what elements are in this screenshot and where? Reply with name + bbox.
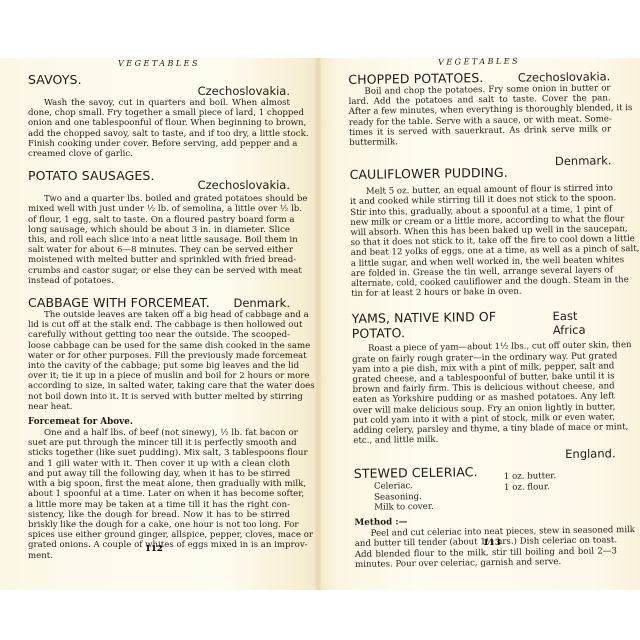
body-line: according to size, in salted water, taki… bbox=[28, 381, 290, 391]
recipe-origin: East Africa bbox=[553, 309, 614, 338]
body-line: about 1 spoonful at a time. Later on whe… bbox=[28, 489, 290, 499]
recipe-body: Two and a quarter lbs. boiled and grated… bbox=[28, 194, 290, 286]
body-line: Finish cooking under cover. Before servi… bbox=[28, 139, 290, 149]
running-head: VEGETABLES bbox=[348, 54, 610, 70]
body-line: salt water for about 6—8 minutes. They c… bbox=[28, 245, 290, 255]
body-line: One and a half lbs. of beef (not sinewy)… bbox=[28, 428, 290, 438]
ingredient-column: Celeriac. Seasoning. Milk to cover. bbox=[354, 480, 504, 513]
body-line: suet are put through the mincer till it … bbox=[28, 438, 290, 448]
page-number: 113 bbox=[483, 538, 501, 548]
recipe-origin: Denmark. bbox=[555, 154, 612, 169]
open-book: VEGETABLES SAVOYS. Czechoslovakia. Wash … bbox=[0, 58, 640, 590]
left-page: VEGETABLES SAVOYS. Czechoslovakia. Wash … bbox=[0, 58, 318, 590]
body-line: The outside leaves are taken off a big h… bbox=[28, 310, 290, 320]
page-number: 112 bbox=[145, 544, 163, 554]
ingredient: 1 oz. flour. bbox=[504, 482, 556, 493]
body-line: onion and one tablespoonful of flour. Wh… bbox=[28, 118, 290, 128]
body-line: crumbs and castor sugar, or else they ca… bbox=[28, 266, 290, 276]
body-line: and put away till the following day, whe… bbox=[28, 469, 290, 479]
body-line: done, chop small. Fry together a small p… bbox=[28, 108, 290, 118]
recipe-title: CABBAGE WITH FORCEMEAT. bbox=[28, 295, 210, 310]
body-line: near heat. bbox=[28, 402, 290, 412]
recipe-heading: England. STEWED CELERIAC. bbox=[353, 447, 615, 481]
running-head: VEGETABLES bbox=[28, 58, 290, 70]
body-line: loose cabbage can be used for the same d… bbox=[28, 341, 290, 351]
body-line: sistency, like the dough for bread. Now … bbox=[28, 510, 290, 520]
body-line: long sausage, which should be about 3 in… bbox=[28, 225, 290, 235]
body-line: water or for other purposes. Fill the pr… bbox=[28, 351, 290, 361]
body-line: into the cavity of the cabbage; put some… bbox=[28, 361, 290, 371]
recipe-title: SAVOYS. bbox=[28, 72, 82, 87]
body-line: sticks together (like suet pudding). Mix… bbox=[28, 448, 290, 458]
body-line: over it; tie it up in a piece of muslin … bbox=[28, 371, 290, 381]
recipe-heading: CABBAGE WITH FORCEMEAT. Denmark. bbox=[28, 295, 290, 310]
recipe-heading: POTATO SAUSAGES. Czechoslovakia. bbox=[28, 168, 290, 194]
left-page-content: VEGETABLES SAVOYS. Czechoslovakia. Wash … bbox=[28, 58, 290, 561]
body-line: add the chopped savoy, salt to taste, an… bbox=[28, 129, 290, 139]
body-line: and 1 gill water with it. Then cover it … bbox=[28, 459, 290, 469]
book-gutter bbox=[314, 58, 322, 590]
recipe-origin: Czechoslovakia. bbox=[198, 84, 290, 98]
body-line: moistened with melted butter and sprinkl… bbox=[28, 255, 290, 265]
subsection-body: One and a half lbs. of beef (not sinewy)… bbox=[28, 428, 290, 561]
body-line: Wash the savoy, cut in quarters and boil… bbox=[28, 98, 290, 108]
body-line: lid is cut off at the stalk end. The cab… bbox=[28, 320, 290, 330]
recipe-heading: YAMS, NATIVE KIND OF POTATO. East Africa bbox=[352, 308, 614, 342]
recipe-heading: Denmark. CAULIFLOWER PUDDING. bbox=[349, 154, 611, 186]
body-line: of flour, 1 egg, salt to taste. On a flo… bbox=[28, 215, 290, 225]
body-line: mixed well with just under ½ lb. of semo… bbox=[28, 204, 290, 214]
ingredient: Milk to cover. bbox=[374, 501, 504, 513]
recipe-body: Boil and chop the potatoes. Fry some oni… bbox=[348, 83, 611, 148]
recipe-origin: Denmark. bbox=[233, 296, 290, 310]
recipe-origin: Czechoslovakia. bbox=[198, 178, 290, 192]
recipe-body: Melt 5 oz. butter, an equal amount of fl… bbox=[350, 184, 614, 300]
right-page: VEGETABLES CHOPPED POTATOES. Czechoslova… bbox=[318, 58, 640, 590]
body-line: a little more may be taken at a time til… bbox=[28, 500, 290, 510]
body-line: this, and roll each slice into a neat li… bbox=[28, 235, 290, 245]
body-line: creamed clove of garlic. bbox=[28, 149, 290, 159]
recipe-origin: Czechoslovakia. bbox=[518, 69, 611, 84]
body-line: Two and a quarter lbs. boiled and grated… bbox=[28, 194, 290, 204]
ingredient-list: Celeriac. Seasoning. Milk to cover. 1 oz… bbox=[354, 479, 616, 513]
recipe-title: CAULIFLOWER PUDDING. bbox=[350, 165, 508, 182]
subsection-heading: Forcemeat for Above. bbox=[28, 417, 290, 428]
body-line: not boil down into it. It is served with… bbox=[28, 392, 290, 402]
body-line: with a big spoon, first the meat alone, … bbox=[28, 479, 290, 489]
recipe-body: Roast a piece of yam—about 1½ lbs., cut … bbox=[352, 341, 615, 447]
recipe-title: YAMS, NATIVE KIND OF POTATO. bbox=[352, 309, 553, 342]
recipe-heading: SAVOYS. Czechoslovakia. bbox=[28, 72, 290, 98]
body-line: instead of potatoes. bbox=[28, 276, 290, 286]
body-line: spices use either ground ginger, allspic… bbox=[28, 530, 290, 540]
body-line: carefully without getting too near the o… bbox=[28, 330, 290, 340]
body-line: briskly like the dough for a cake, one h… bbox=[28, 520, 290, 530]
right-page-content: VEGETABLES CHOPPED POTATOES. Czechoslova… bbox=[348, 54, 617, 570]
recipe-origin: England. bbox=[565, 447, 616, 462]
recipe-body: Wash the savoy, cut in quarters and boil… bbox=[28, 98, 290, 159]
recipe-body: The outside leaves are taken off a big h… bbox=[28, 310, 290, 412]
recipe-title: POTATO SAUSAGES. bbox=[28, 168, 155, 183]
recipe-title: STEWED CELERIAC. bbox=[354, 465, 478, 482]
